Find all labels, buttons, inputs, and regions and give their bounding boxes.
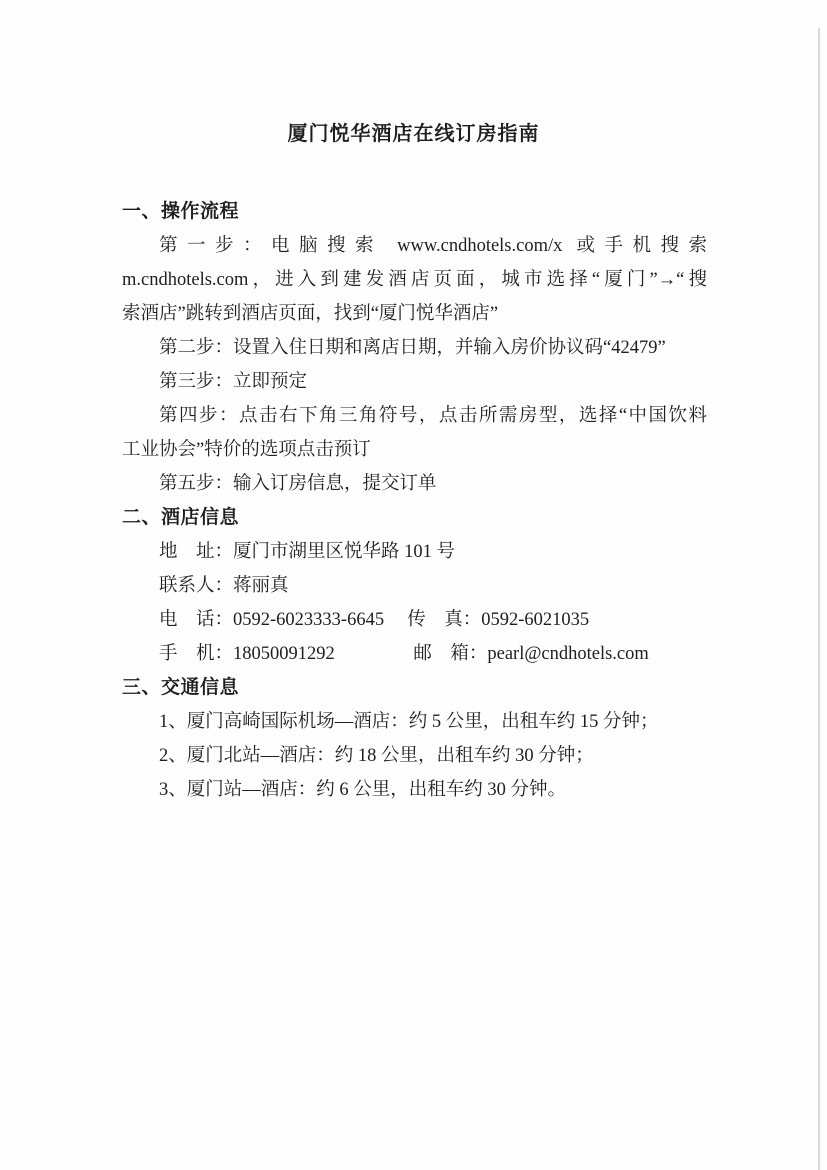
step-1-line-3: 索酒店”跳转到酒店页面，找到“厦门悦华酒店” [122, 297, 707, 331]
step-1-line-1: 第一步：电脑搜索 www.cndhotels.com/x 或手机搜索 [122, 229, 707, 263]
section-2-heading: 二、酒店信息 [122, 501, 707, 535]
section-3-heading: 三、交通信息 [122, 671, 707, 705]
transport-station-line: 3、厦门站—酒店：约 6 公里，出租车约 30 分钟。 [122, 773, 707, 807]
step-3-line: 第三步：立即预定 [122, 365, 707, 399]
hotel-mobile-email-line: 手 机：18050091292 邮 箱：pearl@cndhotels.com [122, 637, 707, 671]
section-1-heading: 一、操作流程 [122, 195, 707, 229]
step-1-line-2: m.cndhotels.com，进入到建发酒店页面，城市选择“厦门”→“搜 [122, 263, 707, 297]
hotel-contact-person-line: 联系人：蒋丽真 [122, 569, 707, 603]
document-title: 厦门悦华酒店在线订房指南 [0, 0, 827, 149]
step-4-line-2: 工业协会”特价的选项点击预订 [122, 433, 707, 467]
hotel-phone-fax-line: 电 话：0592-6023333-6645 传 真：0592-6021035 [122, 603, 707, 637]
step-4-line-1: 第四步：点击右下角三角符号，点击所需房型，选择“中国饮料 [122, 399, 707, 433]
transport-north-station-line: 2、厦门北站—酒店：约 18 公里，出租车约 30 分钟； [122, 739, 707, 773]
scanned-document-page: 厦门悦华酒店在线订房指南 一、操作流程 第一步：电脑搜索 www.cndhote… [0, 0, 827, 1170]
hotel-address-line: 地 址：厦门市湖里区悦华路 101 号 [122, 535, 707, 569]
transport-airport-line: 1、厦门高崎国际机场—酒店：约 5 公里，出租车约 15 分钟； [122, 705, 707, 739]
step-2-line: 第二步：设置入住日期和离店日期，并输入房价协议码“42479” [122, 331, 707, 365]
step-5-line: 第五步：输入订房信息，提交订单 [122, 467, 707, 501]
document-body: 一、操作流程 第一步：电脑搜索 www.cndhotels.com/x 或手机搜… [122, 195, 707, 807]
scan-edge-artifact [818, 28, 820, 1170]
